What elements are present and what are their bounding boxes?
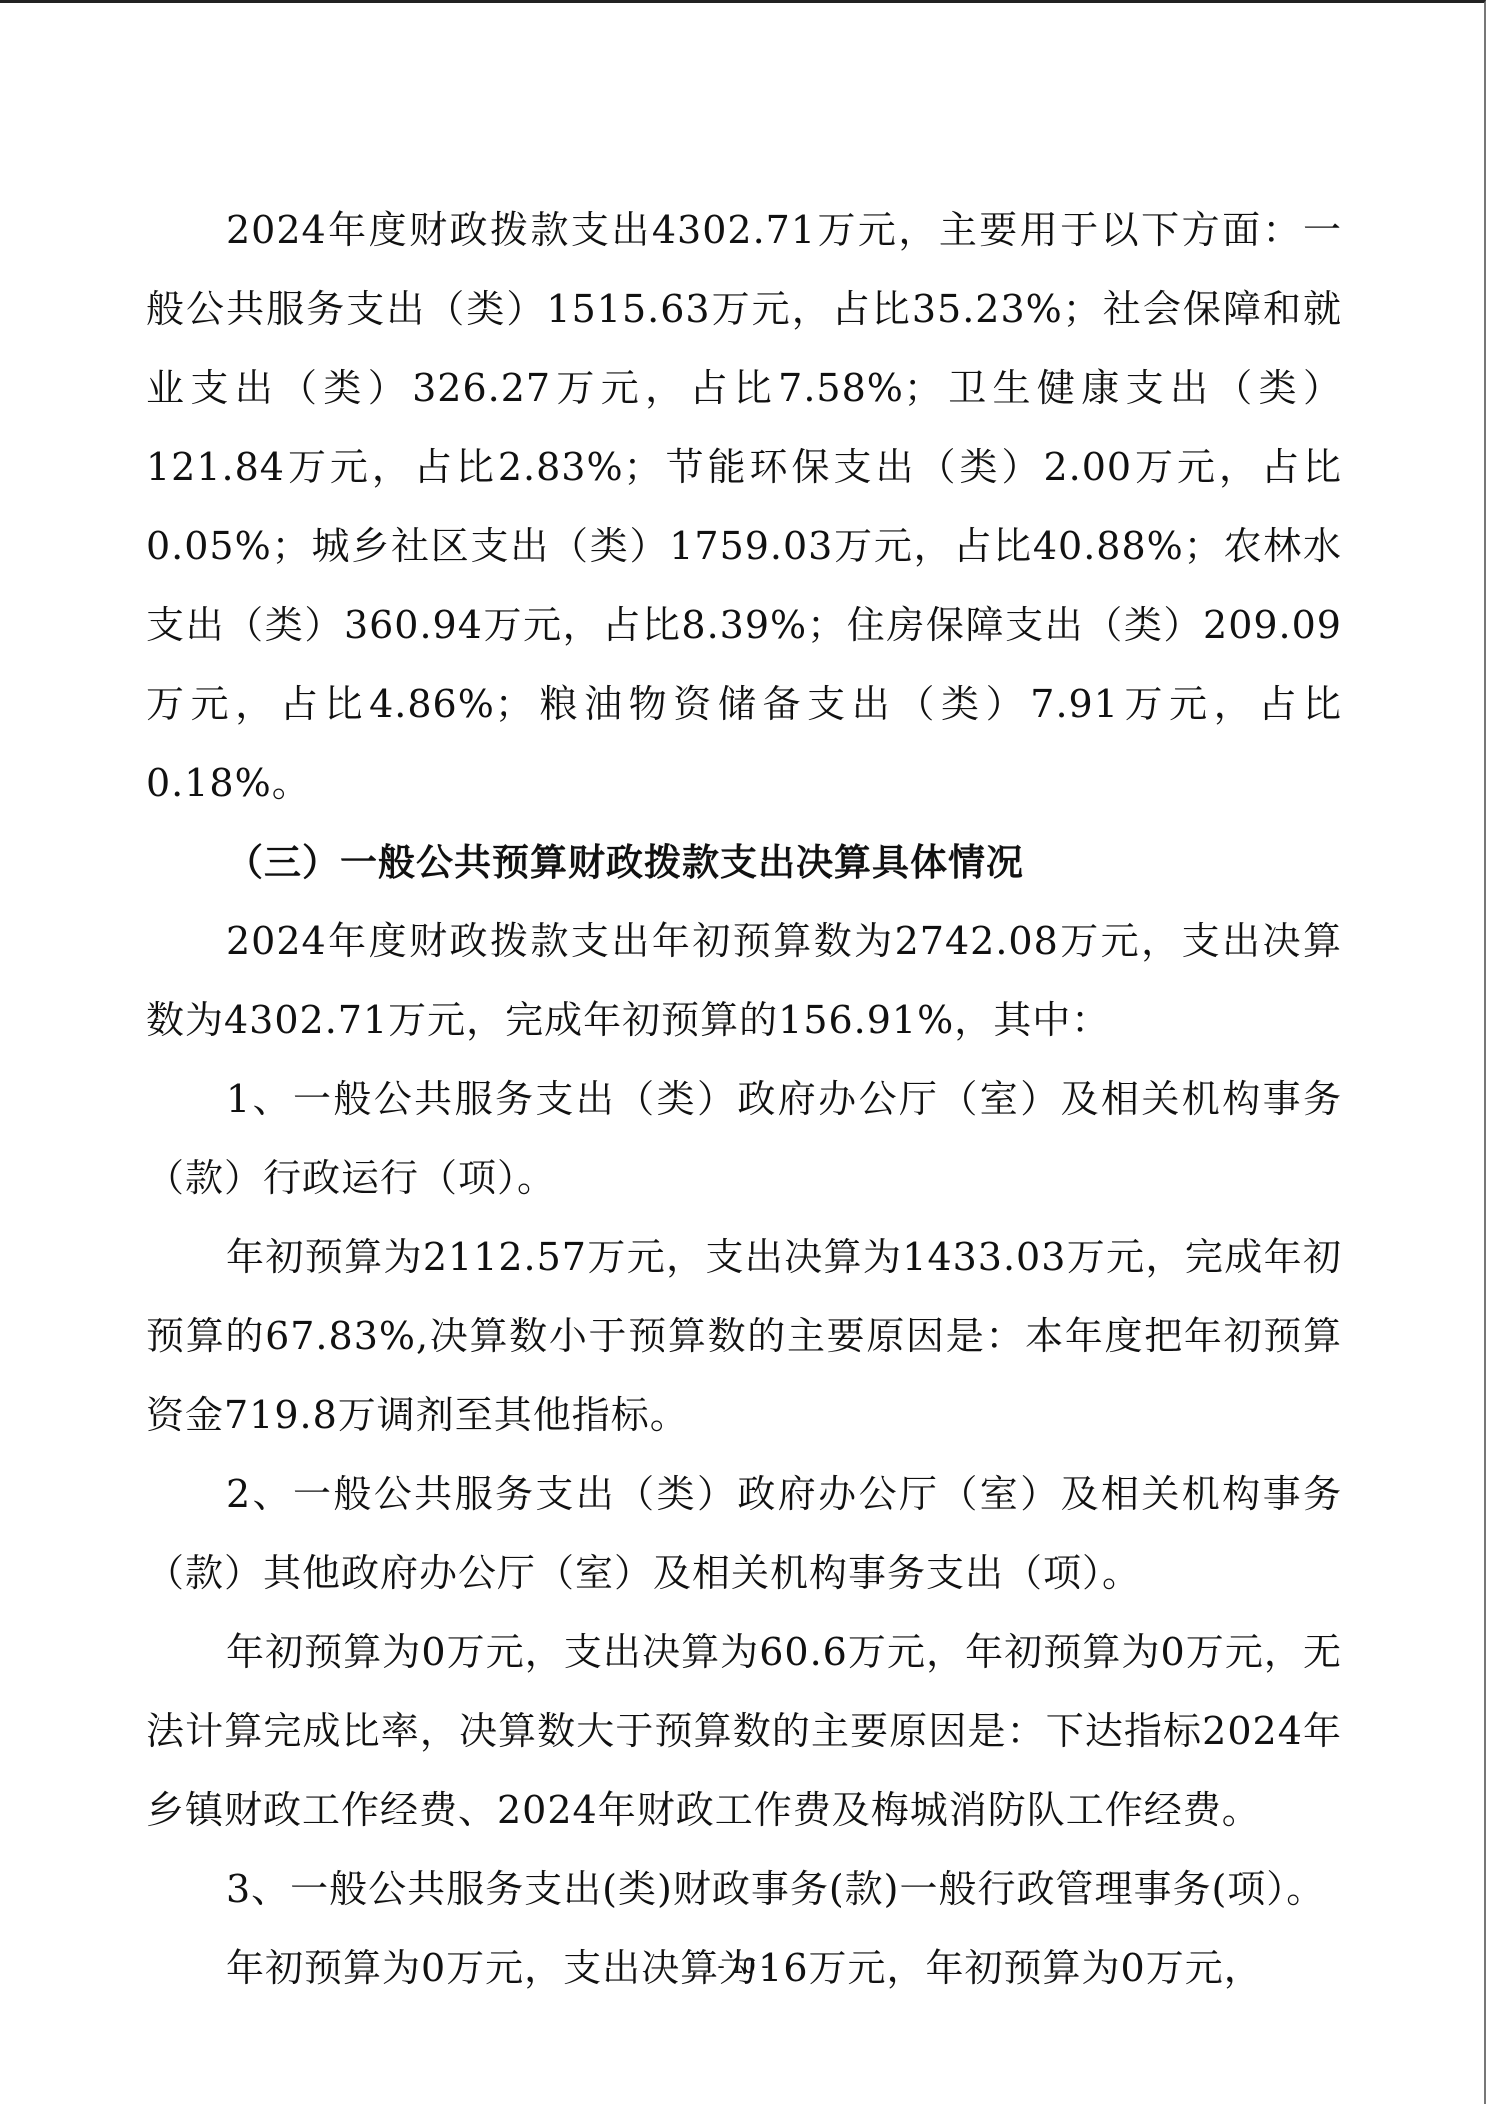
- item-3-title: 3、一般公共服务支出(类)财政事务(款)一般行政管理事务(项）。: [146, 1850, 1342, 1929]
- item-2-title: 2、一般公共服务支出（类）政府办公厅（室）及相关机构事务（款）其他政府办公厅（室…: [146, 1455, 1342, 1613]
- item-1-title: 1、一般公共服务支出（类）政府办公厅（室）及相关机构事务（款）行政运行（项）。: [146, 1060, 1342, 1218]
- page-number: - 10 -: [0, 1953, 1486, 1979]
- section-heading: （三）一般公共预算财政拨款支出决算具体情况: [146, 823, 1342, 902]
- document-body: 2024年度财政拨款支出4302.71万元，主要用于以下方面：一般公共服务支出（…: [146, 191, 1342, 2008]
- item-2-detail: 年初预算为0万元，支出决算为60.6万元，年初预算为0万元，无法计算完成比率，决…: [146, 1613, 1342, 1850]
- paragraph-expenditure-summary: 2024年度财政拨款支出4302.71万元，主要用于以下方面：一般公共服务支出（…: [146, 191, 1342, 823]
- item-1-detail: 年初预算为2112.57万元，支出决算为1433.03万元，完成年初预算的67.…: [146, 1218, 1342, 1455]
- document-page: 2024年度财政拨款支出4302.71万元，主要用于以下方面：一般公共服务支出（…: [0, 0, 1486, 2104]
- paragraph-budget-overview: 2024年度财政拨款支出年初预算数为2742.08万元，支出决算数为4302.7…: [146, 902, 1342, 1060]
